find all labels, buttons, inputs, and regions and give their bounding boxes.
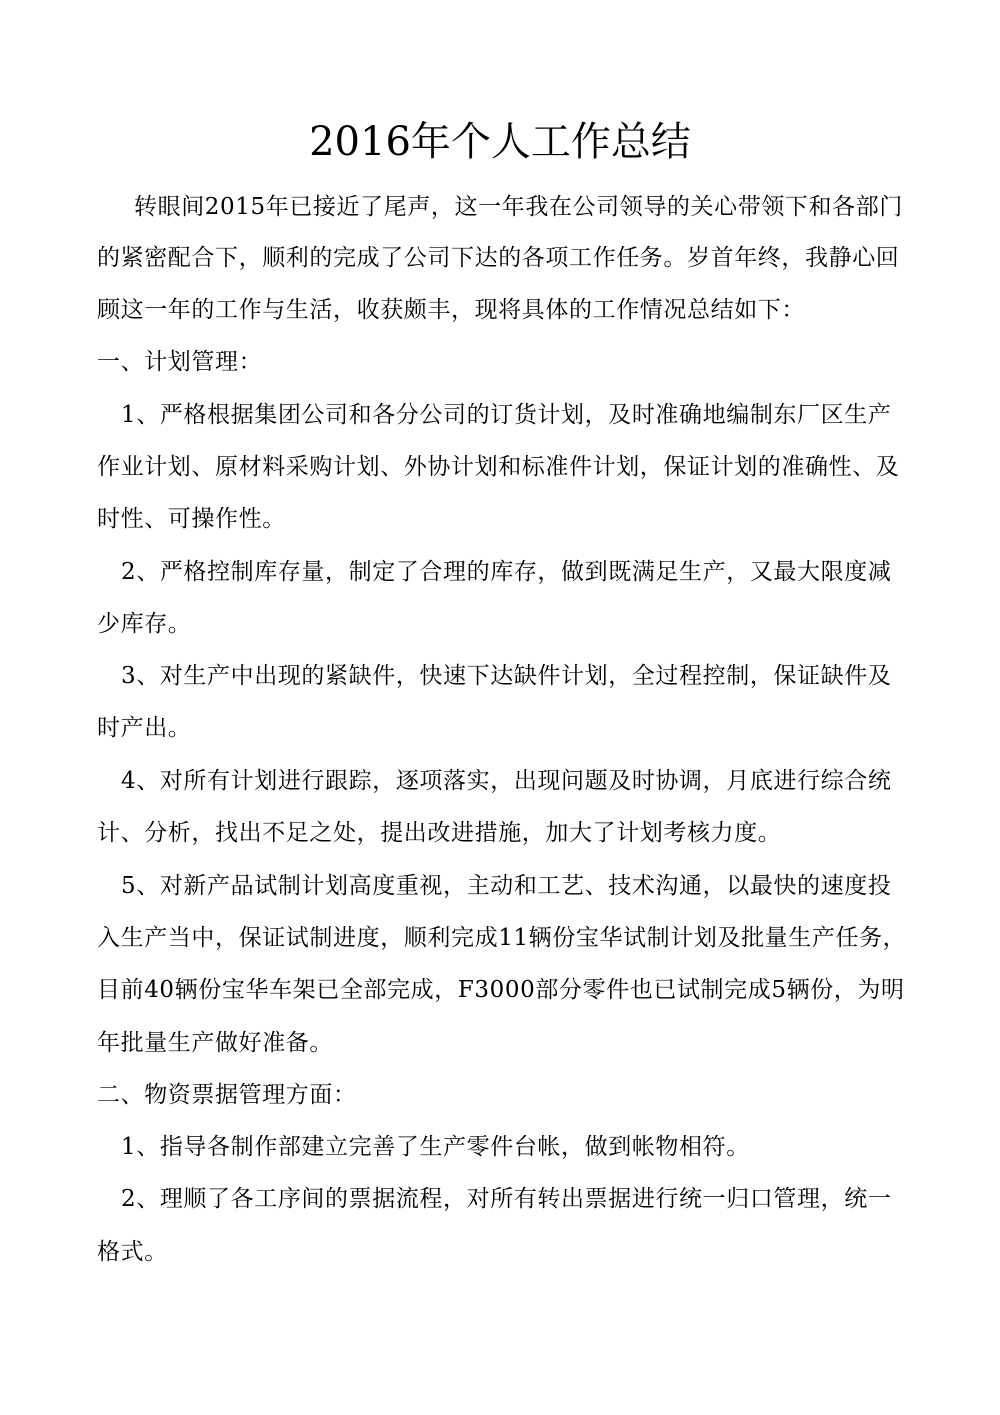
plan-item-5-line-1: 5、对新产品试制计划高度重视，主动和工艺、技术沟通，以最快的速度投 — [121, 871, 931, 901]
plan-item-2-line-1: 2、严格控制库存量，制定了合理的库存，做到既满足生产，又最大限度减 — [121, 557, 931, 587]
intro-line-3: 顾这一年的工作与生活，收获颇丰，现将具体的工作情况总结如下： — [97, 295, 907, 325]
plan-item-2-line-2: 少库存。 — [97, 609, 907, 639]
section-heading-materials-receipts: 二、物资票据管理方面： — [97, 1080, 907, 1110]
plan-item-5-line-2: 入生产当中，保证试制进度，顺利完成11辆份宝华试制计划及批量生产任务， — [97, 923, 907, 953]
materials-item-1-line-1: 1、指导各制作部建立完善了生产零件台帐，做到帐物相符。 — [121, 1132, 931, 1162]
plan-item-5-line-3: 目前40辆份宝华车架已全部完成，F3000部分零件也已试制完成5辆份，为明 — [97, 975, 907, 1005]
plan-item-3-line-1: 3、对生产中出现的紧缺件，快速下达缺件计划，全过程控制，保证缺件及 — [121, 661, 931, 691]
document-title: 2016年个人工作总结 — [0, 112, 1000, 172]
plan-item-3-line-2: 时产出。 — [97, 713, 907, 743]
intro-line-2: 的紧密配合下，顺利的完成了公司下达的各项工作任务。岁首年终，我静心回 — [97, 243, 907, 273]
plan-item-1-line-3: 时性、可操作性。 — [97, 504, 907, 534]
section-heading-plan-management: 一、计划管理： — [97, 347, 907, 377]
document-page: 2016年个人工作总结 转眼间2015年已接近了尾声，这一年我在公司领导的关心带… — [0, 0, 1000, 1415]
plan-item-5-line-4: 年批量生产做好准备。 — [97, 1028, 907, 1058]
materials-item-2-line-1: 2、理顺了各工序间的票据流程，对所有转出票据进行统一归口管理，统一 — [121, 1184, 931, 1214]
plan-item-4-line-1: 4、对所有计划进行跟踪，逐项落实，出现问题及时协调，月底进行综合统 — [121, 766, 931, 796]
plan-item-1-line-2: 作业计划、原材料采购计划、外协计划和标准件计划，保证计划的准确性、及 — [97, 452, 907, 482]
intro-line-1: 转眼间2015年已接近了尾声，这一年我在公司领导的关心带领下和各部门 — [134, 192, 944, 222]
plan-item-1-line-1: 1、严格根据集团公司和各分公司的订货计划，及时准确地编制东厂区生产 — [121, 400, 931, 430]
materials-item-2-line-2: 格式。 — [97, 1237, 907, 1267]
plan-item-4-line-2: 计、分析，找出不足之处，提出改进措施，加大了计划考核力度。 — [97, 818, 907, 848]
